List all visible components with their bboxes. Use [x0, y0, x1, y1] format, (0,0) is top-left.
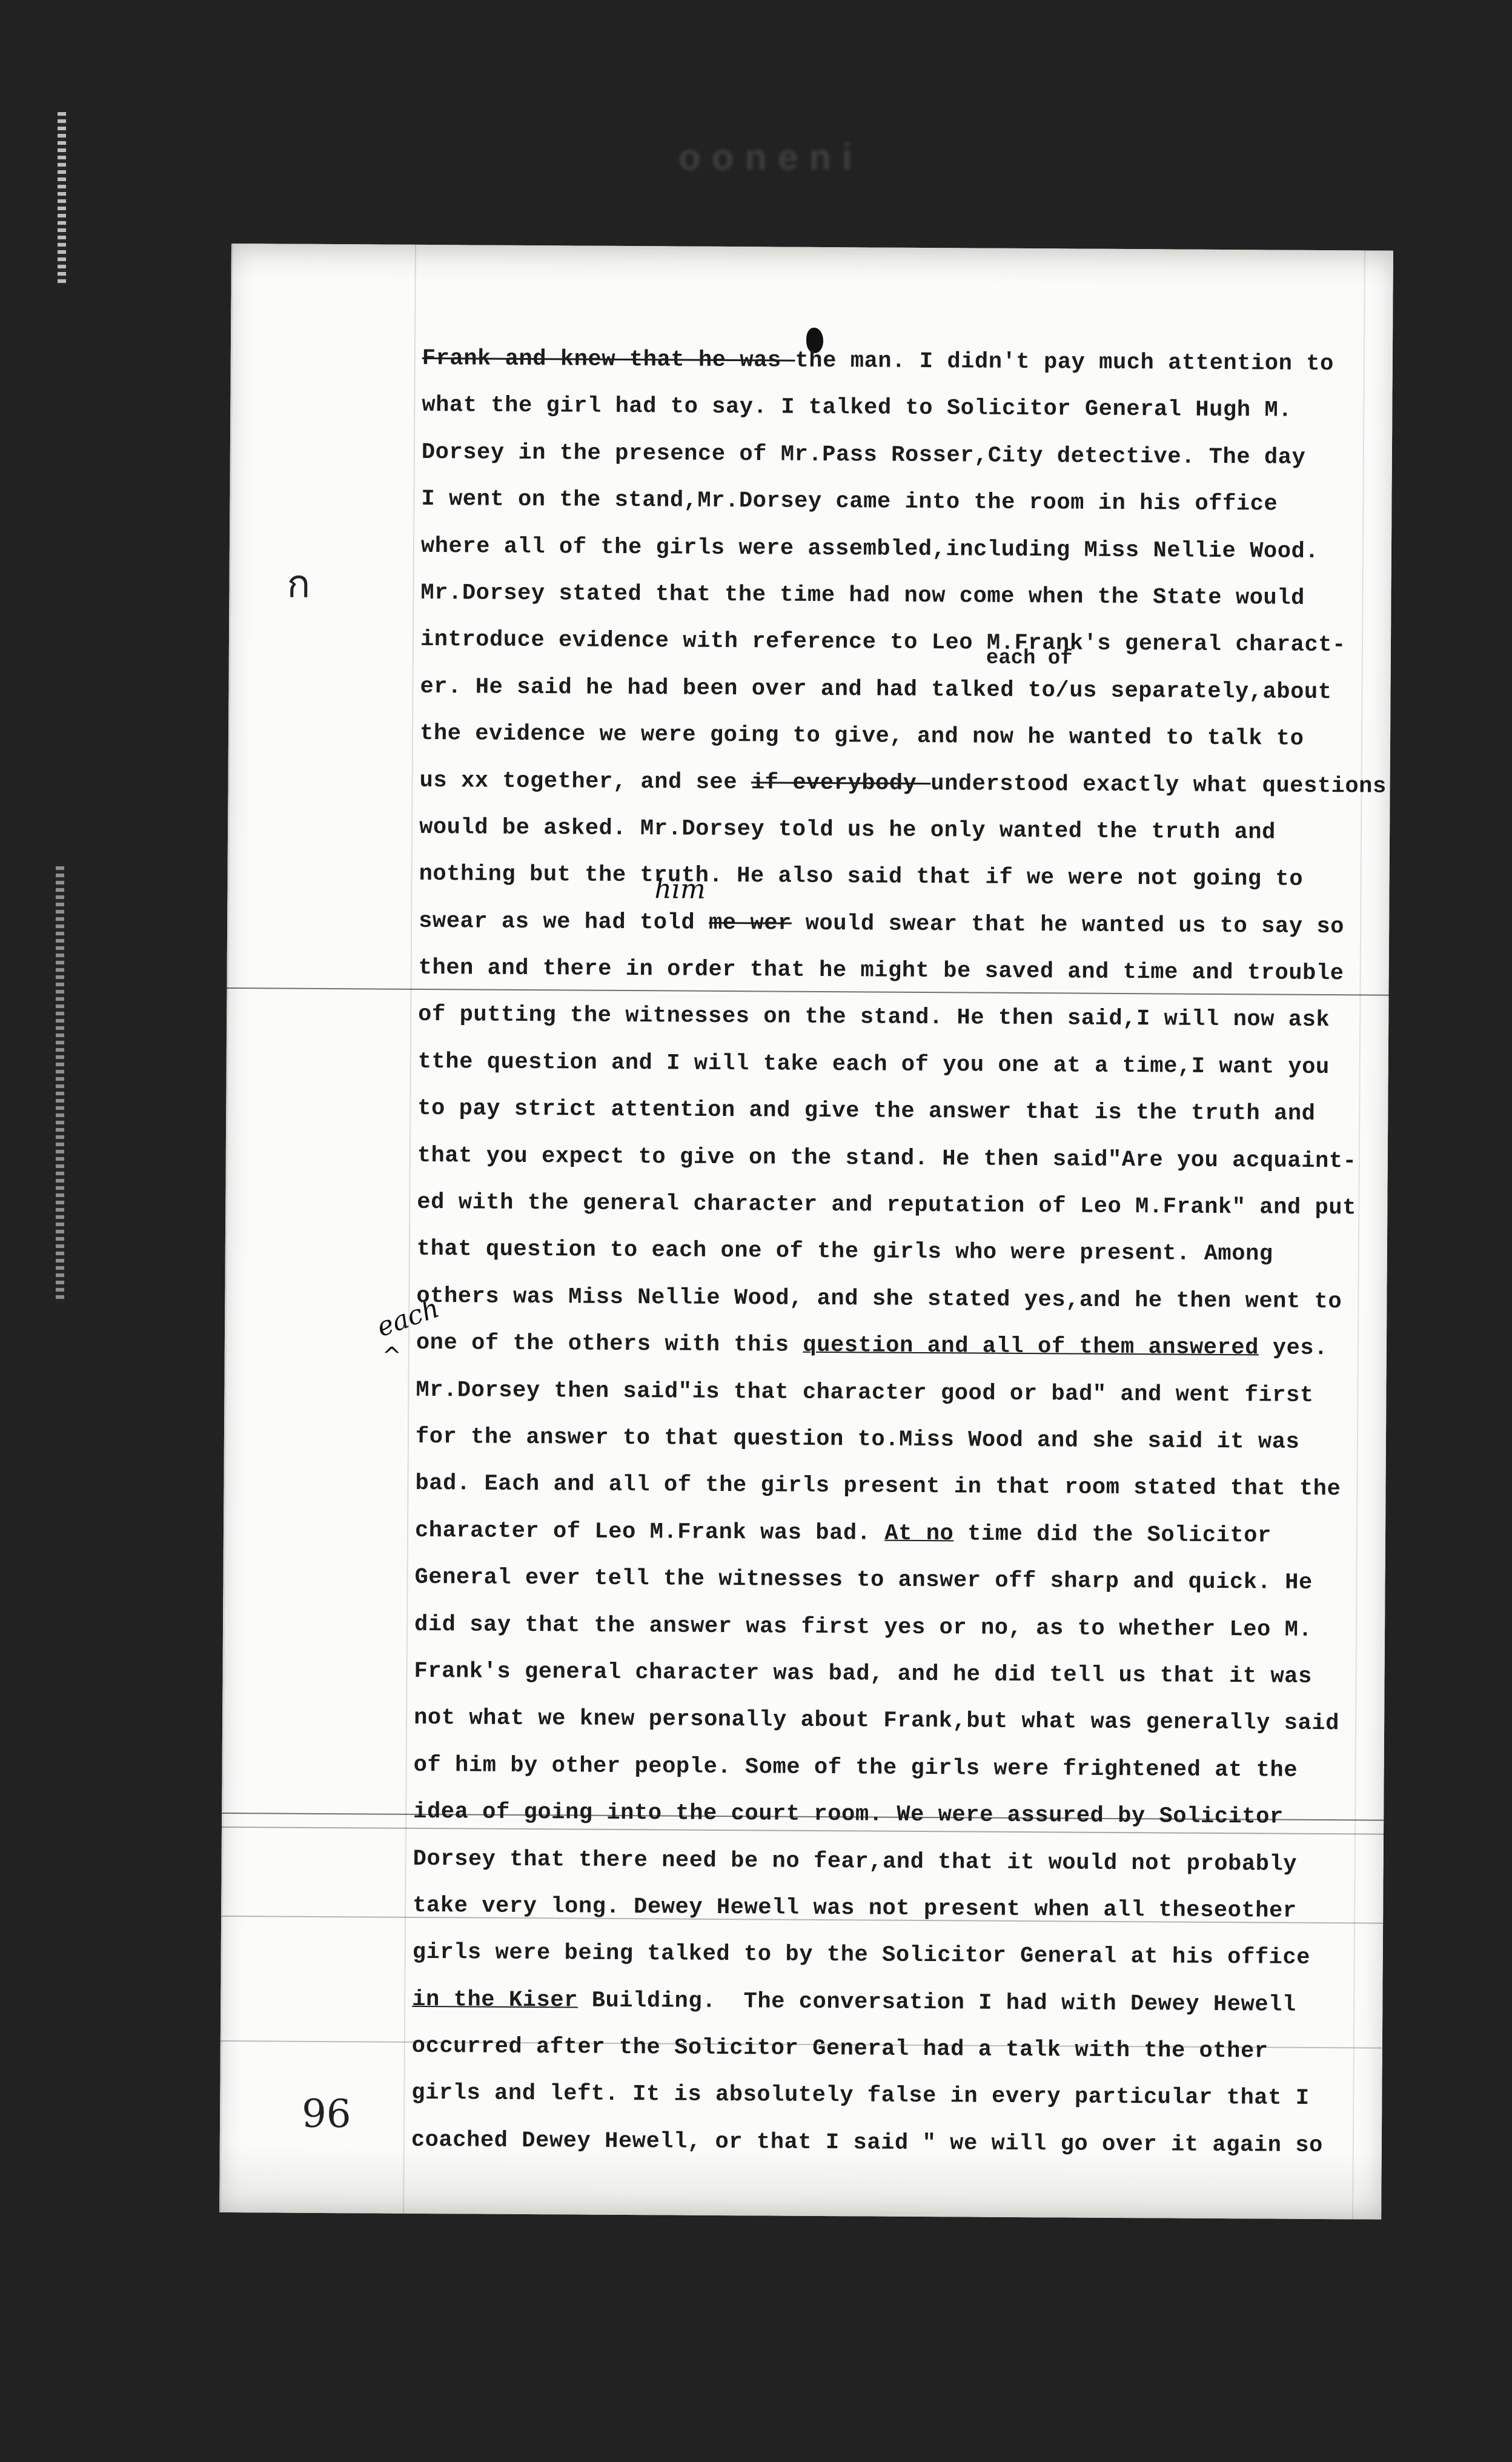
text-line-31: of him by other people. Some of the girl… — [413, 1742, 1370, 1795]
text-line-3: Dorsey in the presence of Mr.Pass Rosser… — [422, 430, 1379, 482]
text-line-6: Mr.Dorsey stated that the time had now c… — [420, 570, 1378, 623]
text-line-29: Frank's general character was bad, and h… — [414, 1648, 1371, 1701]
text-line-36: in the Kiser Building. The conversation … — [412, 1977, 1369, 2029]
text-line-34: take very long. Dewey Hewell was not pre… — [413, 1883, 1370, 1936]
insertion-caret-icon: ^ — [382, 1342, 402, 1369]
text-line-14: then and there in order that he might be… — [418, 945, 1375, 998]
text-line-15: of putting the witnesses on the stand. H… — [418, 992, 1375, 1044]
text-line-22: one of the others with this question and… — [416, 1320, 1373, 1373]
text-line-9: the evidence we were going to give, and … — [420, 711, 1377, 763]
text-line-5: where all of the girls were assembled,in… — [421, 523, 1378, 576]
text-line-24: for the answer to that question to.Miss … — [416, 1414, 1373, 1467]
text-line-8: er. He said he had been over and had tal… — [420, 664, 1377, 717]
text-line-25: bad. Each and all of the girls present i… — [415, 1461, 1372, 1513]
text-line-7: introduce evidence with reference to Leo… — [420, 617, 1378, 669]
text-line-21: others was Miss Nellie Wood, and she sta… — [416, 1273, 1373, 1326]
text-line-10: us xx together, and see if everybody und… — [419, 757, 1376, 810]
text-line-27: General ever tell the witnesses to answe… — [414, 1555, 1371, 1607]
text-line-30: not what we knew personally about Frank,… — [414, 1695, 1371, 1748]
margin-handwritten-mark: ก — [287, 553, 310, 615]
text-line-13: swear as we had told me wer would swear … — [419, 898, 1376, 951]
text-line-1: Frank and knew that he was the man. I di… — [422, 336, 1379, 388]
page-number: 96 — [302, 2092, 351, 2137]
text-line-38: girls and left. It is absolutely false i… — [411, 2070, 1368, 2123]
text-line-33: Dorsey that there need be no fear,and th… — [413, 1836, 1370, 1888]
text-line-32: idea of going into the court room. We we… — [413, 1789, 1370, 1842]
typed-body-text: Frank and knew that he was the man. I di… — [411, 336, 1379, 2170]
film-edge-marks-middle — [56, 866, 64, 1302]
text-line-18: that you expect to give on the stand. He… — [417, 1133, 1374, 1186]
text-line-37: occurred after the Solicitor General had… — [412, 2023, 1369, 2076]
text-line-16: tthe question and I will take each of yo… — [418, 1039, 1375, 1092]
text-line-11: would be asked. Mr.Dorsey told us he onl… — [419, 805, 1376, 857]
text-line-20: that question to each one of the girls w… — [417, 1226, 1374, 1279]
text-line-12: nothing but the truth. He also said that… — [419, 851, 1376, 904]
text-line-39: coached Dewey Hewell, or that I said " w… — [411, 2117, 1368, 2170]
text-line-17: to pay strict attention and give the ans… — [417, 1086, 1374, 1138]
text-line-4: I went on the stand,Mr.Dorsey came into … — [421, 476, 1378, 529]
film-edge-marks-top — [58, 112, 66, 285]
microfilm-header-label: ooneni — [678, 136, 863, 178]
text-line-19: ed with the general character and reputa… — [417, 1180, 1374, 1232]
text-line-35: girls were being talked to by the Solici… — [413, 1929, 1370, 1982]
document-page: ก each of him each ^ Frank and knew that… — [219, 244, 1393, 2220]
text-line-26: character of Leo M.Frank was bad. At no … — [415, 1508, 1372, 1561]
text-line-23: Mr.Dorsey then said"is that character go… — [416, 1367, 1373, 1419]
text-line-2: what the girl had to say. I talked to So… — [422, 382, 1379, 435]
text-line-28: did say that the answer was first yes or… — [414, 1601, 1371, 1654]
